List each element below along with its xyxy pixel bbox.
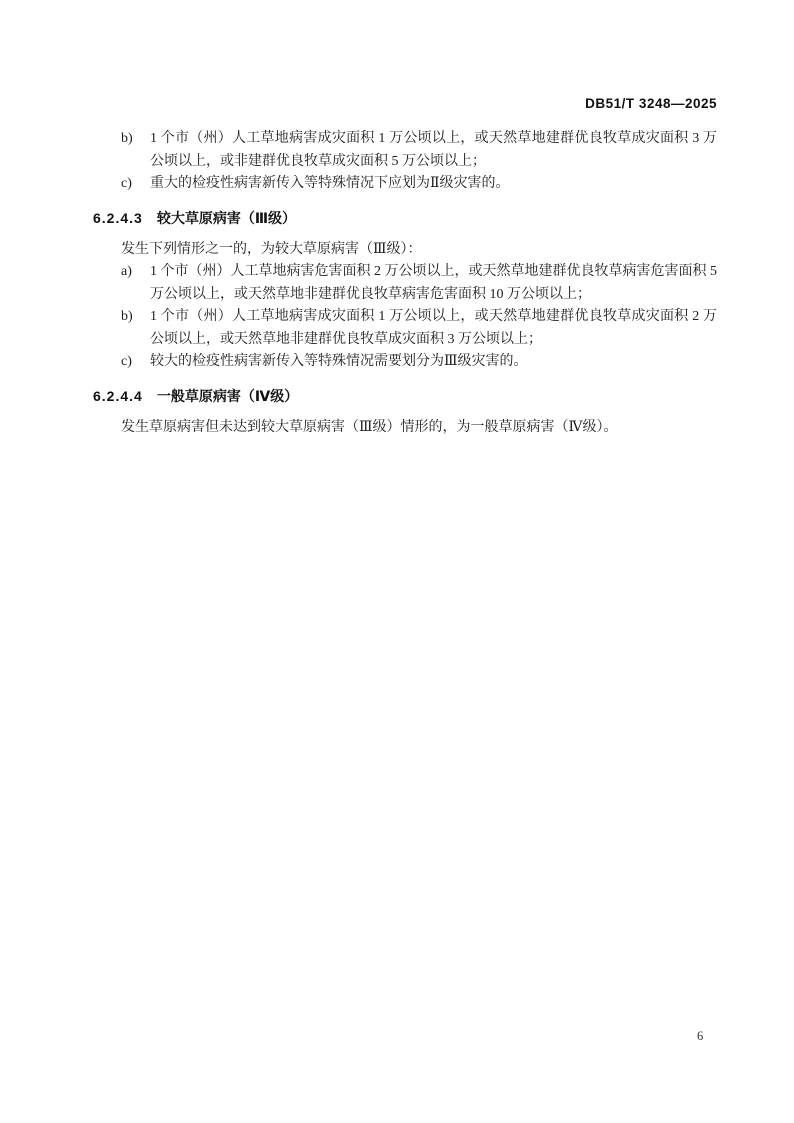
list-item-label: c) — [121, 351, 150, 374]
clause-number: 6.2.4.3 — [93, 210, 143, 226]
standard-number-header: DB51/T 3248—2025 — [93, 96, 717, 112]
list-item-text: 重大的检疫性病害新传入等特殊情况下应划为Ⅱ级灾害的。 — [150, 173, 717, 196]
list-item: b) 1 个市（州）人工草地病害成灾面积 1 万公顷以上，或天然草地建群优良牧草… — [121, 306, 717, 351]
clause-title: 较大草原病害（Ⅲ级） — [157, 210, 296, 226]
document-page: DB51/T 3248—2025 b) 1 个市（州）人工草地病害成灾面积 1 … — [0, 0, 794, 1123]
clause-number: 6.2.4.4 — [93, 388, 143, 404]
list-item-label: c) — [121, 173, 150, 196]
clause-intro-paragraph: 发生下列情形之一的，为较大草原病害（Ⅲ级）： — [93, 239, 717, 262]
page-number: 6 — [697, 1029, 703, 1044]
clause-title: 一般草原病害（Ⅳ级） — [157, 388, 298, 404]
clause-body-paragraph: 发生草原病害但未达到较大草原病害（Ⅲ级）情形的，为一般草原病害（Ⅳ级）。 — [93, 417, 717, 440]
clause-heading-6-2-4-4: 6.2.4.4一般草原病害（Ⅳ级） — [93, 387, 717, 405]
list-item-label: b) — [121, 128, 150, 173]
clause-heading-6-2-4-3: 6.2.4.3较大草原病害（Ⅲ级） — [93, 209, 717, 227]
list-item: c) 较大的检疫性病害新传入等特殊情况需要划分为Ⅲ级灾害的。 — [121, 351, 717, 374]
list-item: b) 1 个市（州）人工草地病害成灾面积 1 万公顷以上，或天然草地建群优良牧草… — [121, 128, 717, 173]
list-item-text: 1 个市（州）人工草地病害成灾面积 1 万公顷以上，或天然草地建群优良牧草成灾面… — [150, 128, 717, 173]
list-item-label: b) — [121, 306, 150, 351]
list-item: c) 重大的检疫性病害新传入等特殊情况下应划为Ⅱ级灾害的。 — [121, 173, 717, 196]
list-item-text: 1 个市（州）人工草地病害成灾面积 1 万公顷以上，或天然草地建群优良牧草成灾面… — [150, 306, 717, 351]
list-item-text: 1 个市（州）人工草地病害危害面积 2 万公顷以上，或天然草地建群优良牧草病害危… — [150, 261, 717, 306]
carryover-list: b) 1 个市（州）人工草地病害成灾面积 1 万公顷以上，或天然草地建群优良牧草… — [93, 128, 717, 196]
list-item: a) 1 个市（州）人工草地病害危害面积 2 万公顷以上，或天然草地建群优良牧草… — [121, 261, 717, 306]
list-item-label: a) — [121, 261, 150, 306]
clause-6-2-4-3-list: a) 1 个市（州）人工草地病害危害面积 2 万公顷以上，或天然草地建群优良牧草… — [93, 261, 717, 374]
list-item-text: 较大的检疫性病害新传入等特殊情况需要划分为Ⅲ级灾害的。 — [150, 351, 717, 374]
